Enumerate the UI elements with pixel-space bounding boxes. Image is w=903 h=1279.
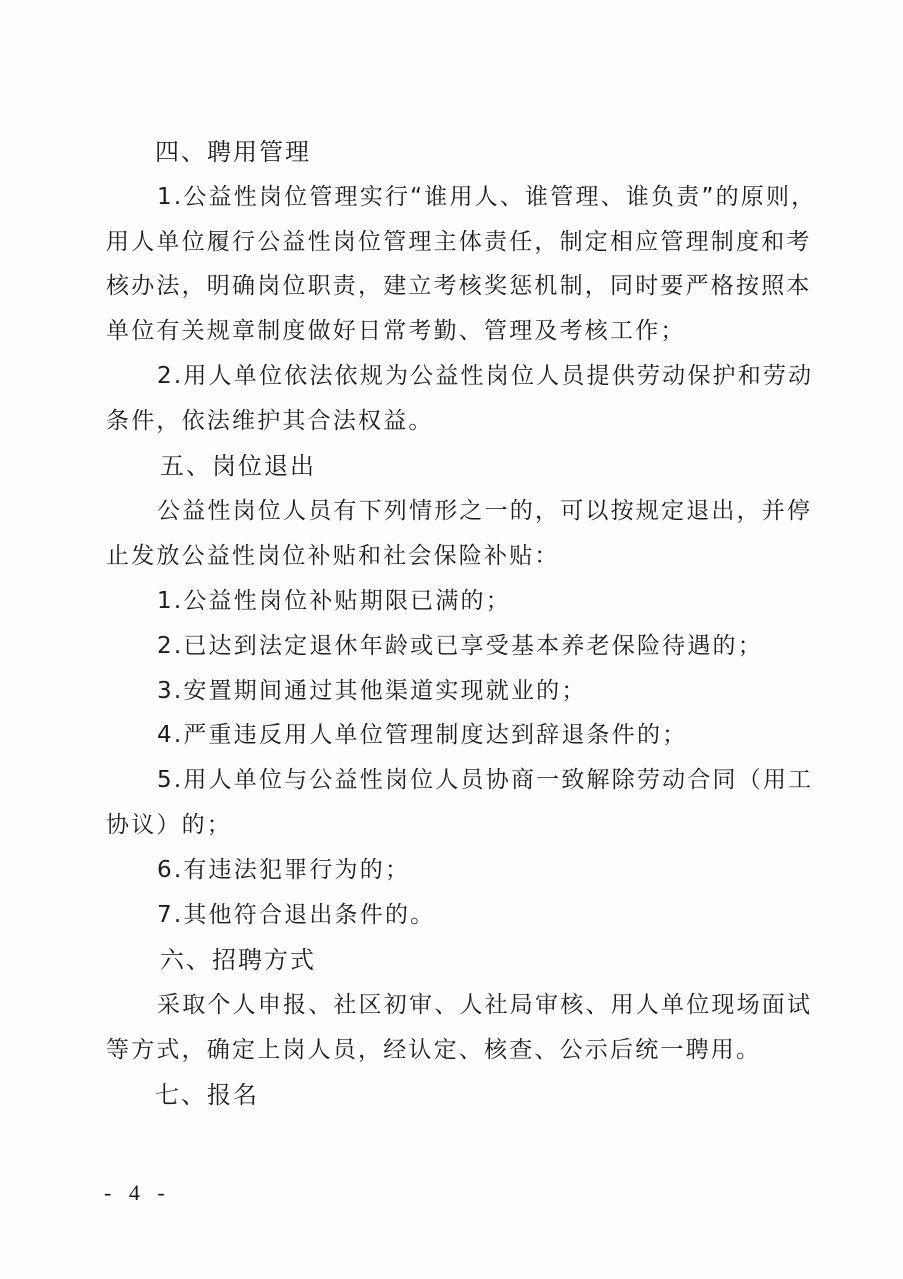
list-item: 1.公益性岗位补贴期限已满的； <box>157 586 511 616</box>
section-heading-position-exit: 五、岗位退出 <box>160 451 316 481</box>
section-heading-recruitment-method: 六、招聘方式 <box>160 945 316 975</box>
list-item: 2.已达到法定退休年龄或已享受基本养老保险待遇的； <box>157 631 763 661</box>
page-number: - 4 - <box>104 1180 171 1206</box>
list-item-continuation: 协议）的； <box>106 810 232 840</box>
paragraph-line: 等方式，确定上岗人员，经认定、核查、公示后统一聘用。 <box>106 1035 761 1065</box>
paragraph-line: 公益性岗位人员有下列情形之一的，可以按规定退出，并停 <box>157 496 812 526</box>
list-item: 7.其他符合退出条件的。 <box>157 900 435 930</box>
paragraph-line: 止发放公益性岗位补贴和社会保险补贴： <box>106 541 560 571</box>
paragraph-line: 单位有关规章制度做好日常考勤、管理及考核工作； <box>106 316 686 346</box>
list-item: 3.安置期间通过其他渠道实现就业的； <box>157 676 587 706</box>
list-item: 5.用人单位与公益性岗位人员协商一致解除劳动合同（用工 <box>157 765 813 795</box>
paragraph-line: 用人单位履行公益性岗位管理主体责任，制定相应管理制度和考 <box>106 227 812 257</box>
list-item: 4.严重违反用人单位管理制度达到辞退条件的； <box>157 720 687 750</box>
paragraph-line: 采取个人申报、社区初审、人社局审核、用人单位现场面试 <box>157 990 812 1020</box>
section-heading-registration: 七、报名 <box>155 1080 259 1110</box>
paragraph-line: 条件，依法维护其合法权益。 <box>106 406 434 436</box>
paragraph-line: 1.公益性岗位管理实行“谁用人、谁管理、谁负责”的原则， <box>157 182 816 212</box>
section-heading-hiring-management: 四、聘用管理 <box>155 137 311 167</box>
paragraph-line: 核办法，明确岗位职责，建立考核奖惩机制，同时要严格按照本 <box>106 271 812 301</box>
paragraph-line: 2.用人单位依法依规为公益性岗位人员提供劳动保护和劳动 <box>157 361 813 391</box>
list-item: 6.有违法犯罪行为的； <box>157 855 410 885</box>
document-page: 四、聘用管理 1.公益性岗位管理实行“谁用人、谁管理、谁负责”的原则， 用人单位… <box>0 0 903 1279</box>
